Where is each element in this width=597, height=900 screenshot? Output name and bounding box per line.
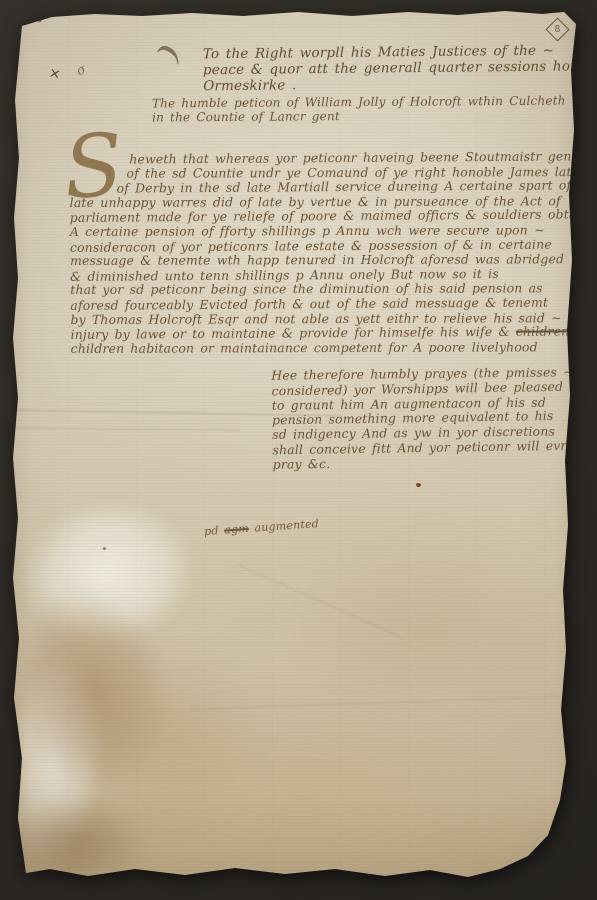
- manuscript-line: late unhappy warres did of late by vertu…: [70, 194, 597, 211]
- paper-damage-patch: [0, 650, 115, 874]
- manuscript-line: pray &c.: [273, 454, 576, 472]
- petition-prayer: Hee therefore humbly prayes (the pmisses…: [271, 365, 575, 473]
- manuscript-line: to graunt him An augmentacon of his sd: [272, 395, 575, 413]
- ink-cross-mark: ×: [47, 65, 62, 83]
- water-stain: [300, 525, 570, 715]
- paper-shadow: 8 ’ × σ ( To the Right worpll his Maties…: [0, 0, 597, 900]
- manuscript-line: A certaine pension of fforty shillings p…: [70, 223, 597, 240]
- paper-crease: [237, 563, 402, 638]
- petition-subheading: The humble peticon of William Jolly of H…: [152, 95, 566, 125]
- manuscript-line: that yor sd peticonr being since the dim…: [70, 281, 597, 298]
- corner-stain: [0, 795, 150, 890]
- manuscript-paper: 8 ’ × σ ( To the Right worpll his Maties…: [0, 0, 597, 900]
- paper-damage-patch: [10, 487, 206, 658]
- manuscript-line: in the Countie of Lancr gent: [152, 108, 566, 124]
- ink-loop-mark: σ: [74, 62, 89, 80]
- docket-word: augmented: [254, 517, 319, 534]
- docket-lead: pd: [204, 524, 219, 538]
- paper-crease: [190, 696, 560, 710]
- manuscript-line: children habitacon or maintainance compe…: [71, 340, 597, 357]
- folio-number: 8: [555, 24, 561, 34]
- brown-stain: [0, 574, 192, 808]
- petition-heading: To the Right worpll his Maties Justices …: [203, 43, 597, 95]
- folio-number-badge: 8: [545, 17, 569, 41]
- water-stain: [70, 690, 530, 870]
- ink-speck: [416, 483, 421, 487]
- paper-crease: [0, 427, 240, 431]
- ink-tick-mark: ’: [33, 18, 43, 33]
- ink-speck: [103, 547, 106, 550]
- manuscript-line: messuage & tenemte wth happ tenured in H…: [70, 252, 597, 269]
- photo-backdrop: 8 ’ × σ ( To the Right worpll his Maties…: [0, 0, 597, 900]
- manuscript-line: by Thomas Holcroft Esqr and not able as …: [70, 311, 597, 328]
- docket-note: pd agm augmented: [204, 517, 320, 538]
- docket-struck-word: agm: [224, 522, 249, 537]
- petition-body: heweth that whereas yor peticonr haveing…: [69, 149, 597, 357]
- manuscript-line: of the sd Countie undr ye Comaund of ye …: [126, 165, 597, 181]
- manuscript-line: The humble peticon of William Jolly of H…: [152, 95, 566, 111]
- tan-stain: [68, 630, 268, 830]
- heading-flourish: (: [153, 41, 186, 65]
- manuscript-line: Ormeskirke .: [203, 74, 597, 94]
